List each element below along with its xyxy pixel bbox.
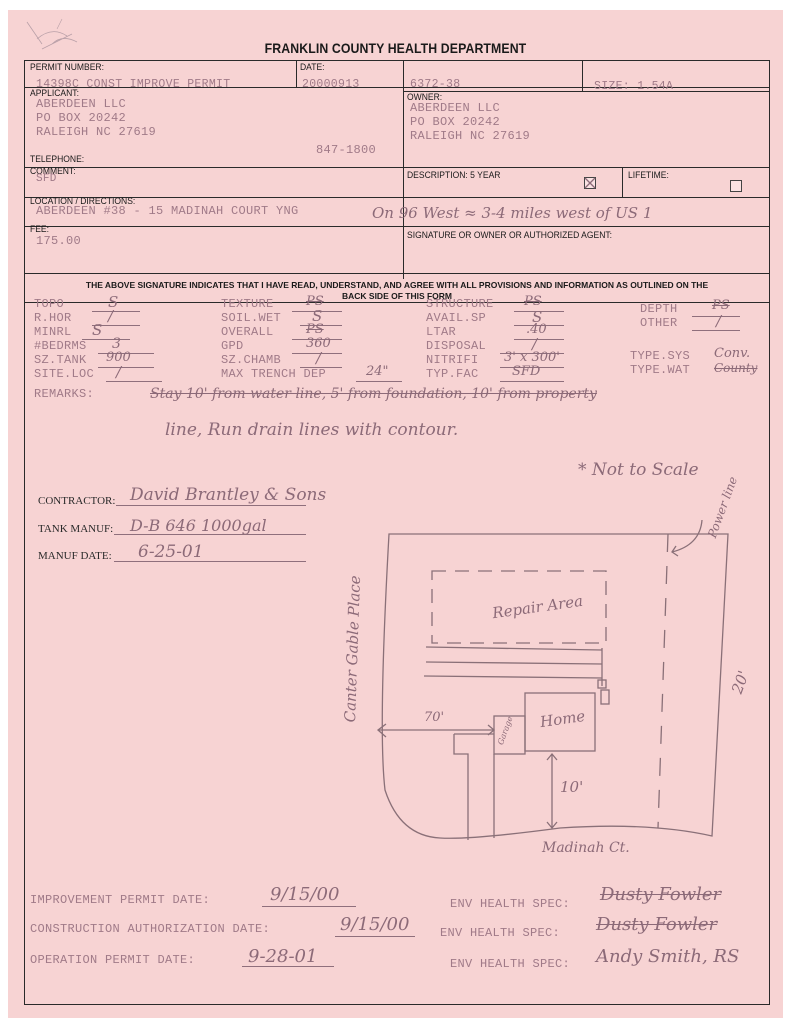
spec2-signature: Dusty Fowler (596, 914, 717, 935)
dim-front-label: 10' (560, 778, 583, 796)
spec3-label: ENV HEALTH SPEC: (450, 957, 570, 971)
underline (242, 966, 334, 967)
site-sketch (0, 0, 791, 1024)
street-bottom-label: Madinah Ct. (542, 840, 630, 856)
underline (262, 906, 356, 907)
dim-left-label: 70' (424, 710, 444, 725)
spec1-label: ENV HEALTH SPEC: (450, 897, 570, 911)
construction-date-label: CONSTRUCTION AUTHORIZATION DATE: (30, 922, 270, 936)
improvement-date-label: IMPROVEMENT PERMIT DATE: (30, 893, 210, 907)
spec1-signature: Dusty Fowler (600, 884, 721, 905)
spec2-label: ENV HEALTH SPEC: (440, 926, 560, 940)
improvement-date-value: 9/15/00 (270, 884, 339, 905)
operation-date-label: OPERATION PERMIT DATE: (30, 953, 195, 967)
underline (335, 936, 415, 937)
construction-date-value: 9/15/00 (340, 914, 409, 935)
spec3-signature: Andy Smith, RS (596, 946, 739, 967)
operation-date-value: 9-28-01 (248, 946, 317, 967)
